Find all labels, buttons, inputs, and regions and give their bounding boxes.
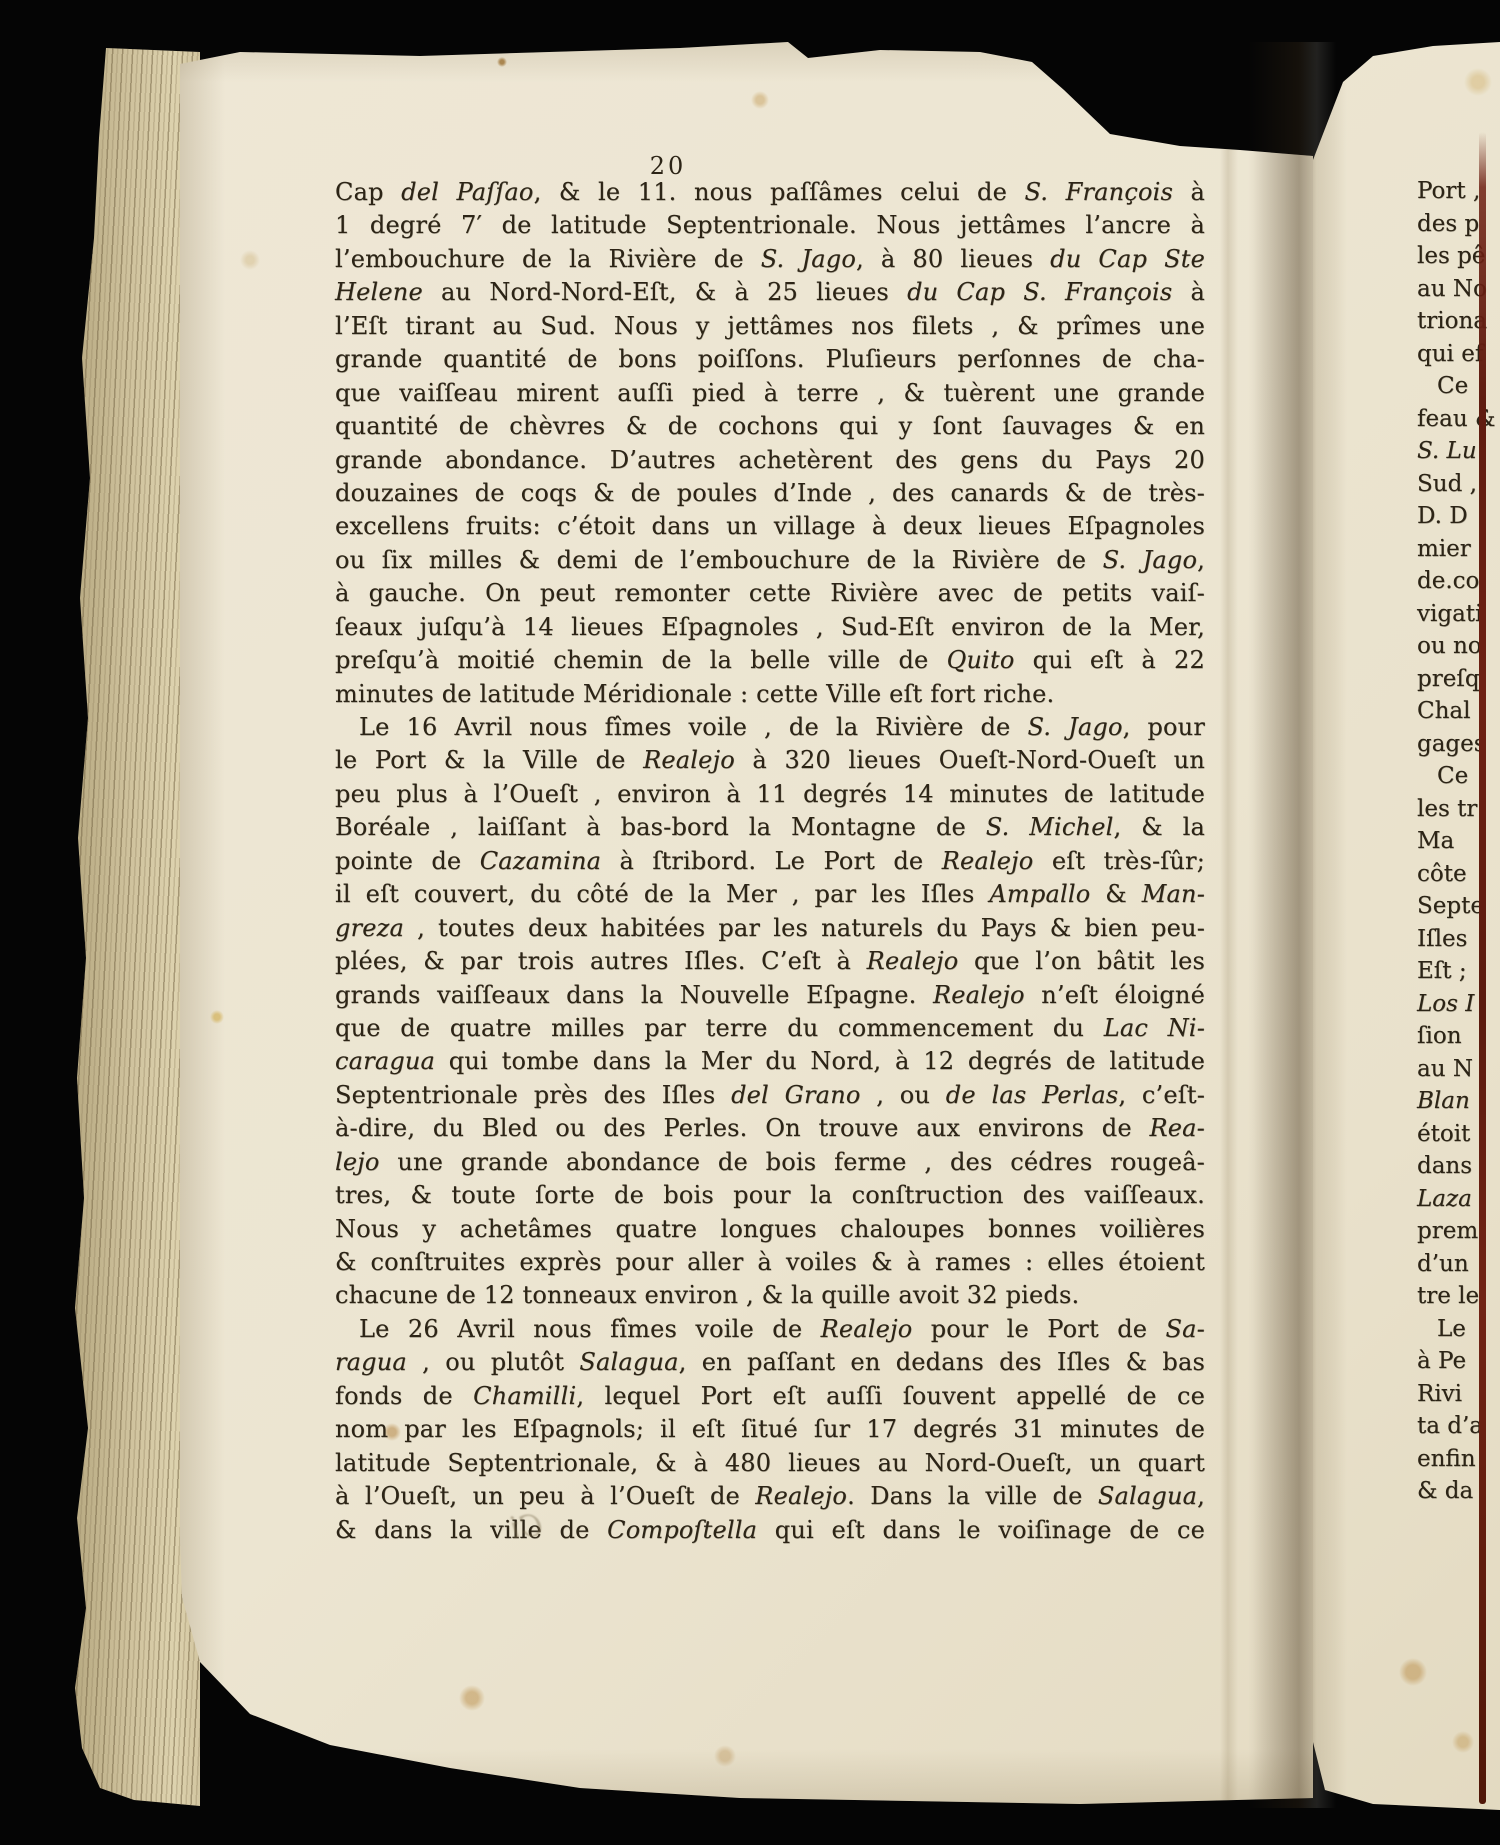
text-line: l’embouchure de la Rivière de S. Jago, à… (335, 243, 1205, 276)
body-text: Cap del Paſſao, & le 11. nous paſſâmes c… (335, 176, 1205, 1547)
text-fragment: prem (1417, 1216, 1478, 1246)
text-line: Septentrionale près des Iſles del Grano … (335, 1079, 1205, 1112)
text-fragment: Blan (1417, 1086, 1470, 1116)
text-line: grands vaiſſeaux dans la Nouvelle Eſpagn… (335, 979, 1205, 1012)
text-line: lejo une grande abondance de bois ferme … (335, 1146, 1205, 1179)
text-fragment: côte (1417, 859, 1467, 889)
text-line: Nous y achetâmes quatre longues chaloupe… (335, 1213, 1205, 1246)
text-fragment: vigati (1417, 599, 1482, 629)
text-fragment: Laza (1417, 1184, 1472, 1214)
text-line: greza , toutes deux habitées par les nat… (335, 912, 1205, 945)
text-fragment: enfin (1417, 1444, 1476, 1474)
text-line: il eſt couvert, du côté de la Mer , par … (335, 878, 1205, 911)
text-fragment: au No (1417, 274, 1487, 304)
text-fragment: ou no (1417, 631, 1482, 661)
text-line: que de quatre milles par terre du commen… (335, 1012, 1205, 1045)
text-line: preſqu’à moitié chemin de la belle ville… (335, 644, 1205, 677)
text-line: Boréale , laiſſant à bas-bord la Montagn… (335, 811, 1205, 844)
text-line: à l’Oueſt, un peu à l’Oueſt de Realejo. … (335, 1480, 1205, 1513)
text-fragment: à Pe (1417, 1346, 1466, 1376)
text-line: à gauche. On peut remonter cette Rivière… (335, 577, 1205, 610)
text-fragment: Rivi (1417, 1379, 1462, 1409)
text-fragment: des p (1417, 209, 1479, 239)
text-line: pointe de Cazamina à ſtribord. Le Port d… (335, 845, 1205, 878)
text-fragment: Port , (1417, 176, 1480, 206)
text-fragment: les tr (1417, 794, 1477, 824)
text-line: l’Eſt tirant au Sud. Nous y jettâmes nos… (335, 310, 1205, 343)
text-line: à-dire, du Bled ou des Perles. On trouve… (335, 1112, 1205, 1145)
text-fragment: triona (1417, 306, 1487, 336)
book-photo: 20 Cap del Paſſao, & le 11. nous paſſâme… (0, 0, 1500, 1845)
text-line: ſeaux juſqu’à 14 lieues Eſpagnoles , Sud… (335, 611, 1205, 644)
text-fragment: Chal (1417, 696, 1470, 726)
text-line: grande abondance. D’autres achetèrent de… (335, 444, 1205, 477)
left-page: 20 Cap del Paſſao, & le 11. nous paſſâme… (180, 42, 1313, 1804)
text-fragment: gages (1417, 729, 1486, 759)
text-fragment: dans (1417, 1151, 1472, 1181)
right-page-sliver: Port ,des ples pêau Notrionaqui efCefeau… (1313, 42, 1500, 1810)
text-line: fonds de Chamilli, lequel Port eſt auſſi… (335, 1380, 1205, 1413)
text-line: plées, & par trois autres Iſles. C’eſt à… (335, 945, 1205, 978)
text-line: ragua , ou plutôt Salagua, en paſſant en… (335, 1346, 1205, 1379)
text-line: chacune de 12 tonneaux environ , & la qu… (335, 1279, 1205, 1312)
text-fragment: ſion (1417, 1021, 1462, 1051)
text-line: Helene au Nord-Nord-Eſt, & à 25 lieues d… (335, 276, 1205, 309)
text-line: minutes de latitude Méridionale : cette … (335, 678, 1205, 711)
text-line: Le 16 Avril nous fîmes voile , de la Riv… (335, 711, 1205, 744)
text-fragment: qui ef (1417, 339, 1483, 369)
text-fragment: Iſles (1417, 924, 1467, 954)
text-fragment: & da (1417, 1476, 1473, 1506)
text-fragment: au N (1417, 1054, 1473, 1084)
text-fragment: Ce (1437, 761, 1468, 791)
text-line: le Port & la Ville de Realejo à 320 lieu… (335, 744, 1205, 777)
text-fragment: les pê (1417, 241, 1485, 271)
text-fragment: Le (1437, 1314, 1466, 1344)
text-fragment: d’un (1417, 1249, 1469, 1279)
text-fragment: Los I (1417, 989, 1474, 1019)
text-fragment: Sud , (1417, 469, 1477, 499)
text-fragment: Septe (1417, 891, 1484, 921)
text-line: tres, & toute ſorte de bois pour la conſ… (335, 1179, 1205, 1212)
text-fragment: ta d’a (1417, 1411, 1483, 1441)
text-line: ou ſix milles & demi de l’embouchure de … (335, 544, 1205, 577)
text-line: latitude Septentrionale, & à 480 lieues … (335, 1447, 1205, 1480)
text-fragment: Ma (1417, 826, 1454, 856)
text-line: & dans la ville de Compoſtella qui eſt d… (335, 1514, 1205, 1547)
text-line: caragua qui tombe dans la Mer du Nord, à… (335, 1045, 1205, 1078)
text-line: peu plus à l’Oueſt , environ à 11 degrés… (335, 778, 1205, 811)
text-fragment: preſq (1417, 664, 1480, 694)
text-fragment: tre le (1417, 1281, 1479, 1311)
text-line: grande quantité de bons poiſſons. Pluſie… (335, 343, 1205, 376)
text-fragment: S. Lu (1417, 436, 1477, 466)
text-line: Le 26 Avril nous fîmes voile de Realejo … (335, 1313, 1205, 1346)
text-line: Cap del Paſſao, & le 11. nous paſſâmes c… (335, 176, 1205, 209)
text-fragment: Ce (1437, 371, 1468, 401)
text-fragment: étoit (1417, 1119, 1470, 1149)
text-line: excellens fruits: c’étoit dans un villag… (335, 510, 1205, 543)
text-line: douzaines de coqs & de poules d’Inde , d… (335, 477, 1205, 510)
text-line: quantité de chèvres & de cochons qui y ſ… (335, 410, 1205, 443)
text-fragment: D. D (1417, 501, 1468, 531)
red-fore-edge-line (1479, 132, 1486, 1804)
show-through-mark: Ci (509, 1509, 544, 1547)
text-line: 1 degré 7′ de latitude Septentrionale. N… (335, 209, 1205, 242)
text-line: nom par les Eſpagnols; il eſt ſitué ſur … (335, 1413, 1205, 1446)
text-fragment: mier (1417, 534, 1471, 564)
text-line: & conſtruites exprès pour aller à voiles… (335, 1246, 1205, 1279)
text-fragment: de.co (1417, 566, 1479, 596)
text-line: que vaiſſeau mirent auſſi pied à terre ,… (335, 377, 1205, 410)
text-fragment: Eſt ; (1417, 956, 1467, 986)
